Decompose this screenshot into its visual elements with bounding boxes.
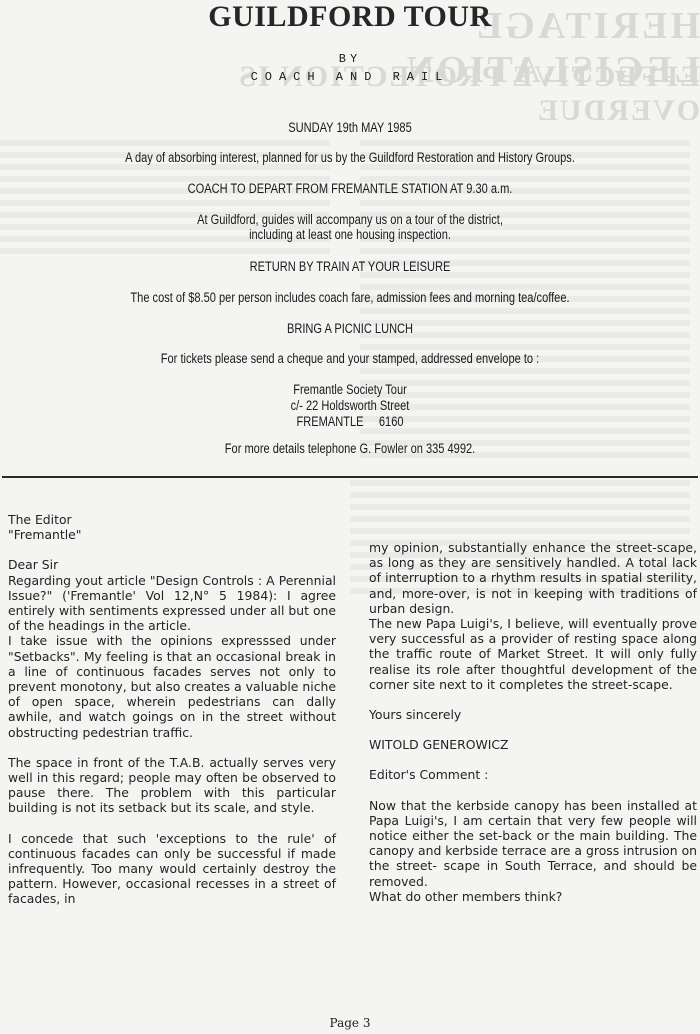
letter-column-left: The Editor "Fremantle" Dear Sir Regardin… — [8, 512, 336, 907]
editor-comment-heading: Editor's Comment : — [369, 767, 697, 782]
tickets-instructions: For tickets please send a cheque and you… — [63, 351, 637, 366]
letter-paragraph: I take issue with the opinions expressse… — [8, 633, 336, 739]
letter-closing: Yours sincerely — [369, 707, 697, 722]
letter-paragraph: I concede that such 'exceptions to the r… — [8, 831, 336, 907]
letter-paragraph: my opinion, substantially enhance the st… — [369, 540, 697, 616]
guides-info-line2: including at least one housing inspectio… — [63, 227, 637, 242]
address-line2: c/- 22 Holdsworth Street — [63, 398, 637, 413]
tour-intro: A day of absorbing interest, planned for… — [63, 150, 637, 165]
section-divider — [2, 476, 698, 478]
departure-info: COACH TO DEPART FROM FREMANTLE STATION A… — [63, 181, 637, 196]
letter-column-right: my opinion, substantially enhance the st… — [369, 540, 697, 904]
letter-paragraph: The space in front of the T.A.B. actuall… — [8, 755, 336, 816]
by-label: BY — [0, 52, 700, 66]
page-title: GUILDFORD TOUR — [0, 0, 700, 34]
contact-details: For more details telephone G. Fowler on … — [63, 441, 637, 456]
return-info: RETURN BY TRAIN AT YOUR LEISURE — [63, 259, 637, 274]
tour-date: SUNDAY 19th MAY 1985 — [63, 120, 637, 135]
travel-mode: COACH AND RAIL — [0, 70, 700, 84]
guides-info-line1: At Guildford, guides will accompany us o… — [63, 212, 637, 227]
letter-signature: WITOLD GENEROWICZ — [369, 737, 697, 752]
address-line1: Fremantle Society Tour — [63, 382, 637, 397]
salutation: Dear Sir — [8, 557, 336, 572]
recipient-line2: "Fremantle" — [8, 527, 336, 542]
letter-paragraph: Regarding yout article "Design Controls … — [8, 573, 336, 634]
editor-comment-body: Now that the kerbside canopy has been in… — [369, 798, 697, 889]
page-number: Page 3 — [0, 1016, 700, 1030]
cost-info: The cost of $8.50 per person includes co… — [63, 290, 637, 305]
recipient-line1: The Editor — [8, 512, 336, 527]
editor-comment-question: What do other members think? — [369, 889, 697, 904]
picnic-note: BRING A PICNIC LUNCH — [63, 321, 637, 336]
address-line3: FREMANTLE 6160 — [63, 414, 637, 429]
letter-paragraph: The new Papa Luigi's, I believe, will ev… — [369, 616, 697, 692]
